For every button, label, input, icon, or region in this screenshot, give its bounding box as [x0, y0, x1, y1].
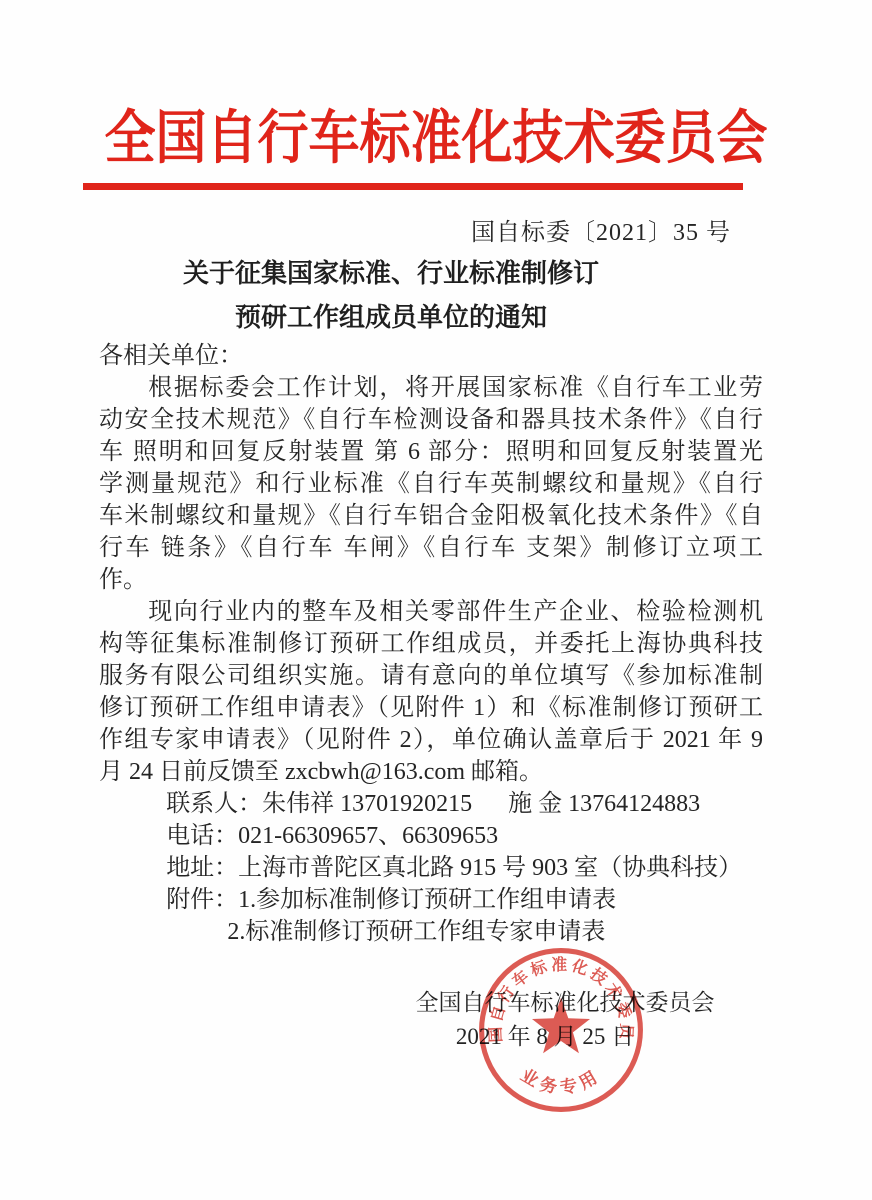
body-line: 构等征集标准制修订预研工作组成员，并委托上海协典科技: [99, 628, 763, 660]
stamp-bottom-text: 业务专用: [517, 1065, 604, 1097]
letterhead-title: 全国自行车标准化技术委员会: [0, 90, 872, 174]
letterhead-divider: [83, 183, 743, 190]
body-line: 电话：021-66309657、66309653: [99, 820, 763, 852]
body-line: 各相关单位：: [99, 340, 763, 372]
body-line: 作。: [99, 564, 763, 596]
body-line: 现向行业内的整车及相关零部件生产企业、检验检测机: [99, 596, 763, 628]
star-icon: [532, 998, 590, 1053]
body-line: 联系人：朱伟祥 13701920215 施 金 13764124883: [99, 788, 763, 820]
document-page: 全国自行车标准化技术委员会 国自标委〔2021〕35 号 关于征集国家标准、行业…: [0, 0, 872, 1200]
body-line: 动安全技术规范》《自行车检测设备和器具技术条件》《自行: [99, 404, 763, 436]
body-line: 2.标准制修订预研工作组专家申请表: [99, 916, 763, 948]
body-line: 行车 链条》《自行车 车闸》《自行车 支架》制修订立项工: [99, 532, 763, 564]
notice-title: 关于征集国家标准、行业标准制修订 预研工作组成员单位的通知: [0, 252, 782, 340]
body-line: 车 照明和回复反射装置 第 6 部分：照明和回复反射装置光: [99, 436, 763, 468]
body-line: 学测量规范》和行业标准《自行车英制螺纹和量规》《自行: [99, 468, 763, 500]
document-number: 国自标委〔2021〕35 号: [471, 212, 731, 247]
body-text: 各相关单位：根据标委会工作计划，将开展国家标准《自行车工业劳动安全技术规范》《自…: [99, 340, 763, 948]
body-line: 作组专家申请表》（见附件 2），单位确认盖章后于 2021 年 9: [99, 724, 763, 756]
body-line: 服务有限公司组织实施。请有意向的单位填写《参加标准制: [99, 660, 763, 692]
body-line: 月 24 日前反馈至 zxcbwh@163.com 邮箱。: [99, 756, 763, 788]
body-line: 根据标委会工作计划，将开展国家标准《自行车工业劳: [99, 372, 763, 404]
body-line: 修订预研工作组申请表》（见附件 1）和《标准制修订预研工: [99, 692, 763, 724]
body-line: 附件：1.参加标准制修订预研工作组申请表: [99, 884, 763, 916]
official-seal-stamp: 全国自行车标准化技术委员会 业务专用: [477, 946, 645, 1114]
body-line: 车米制螺纹和量规》《自行车铝合金阳极氧化技术条件》《自: [99, 500, 763, 532]
notice-title-line1: 关于征集国家标准、行业标准制修订: [0, 252, 782, 296]
body-line: 地址：上海市普陀区真北路 915 号 903 室（协典科技）: [99, 852, 763, 884]
notice-title-line2: 预研工作组成员单位的通知: [0, 296, 782, 340]
